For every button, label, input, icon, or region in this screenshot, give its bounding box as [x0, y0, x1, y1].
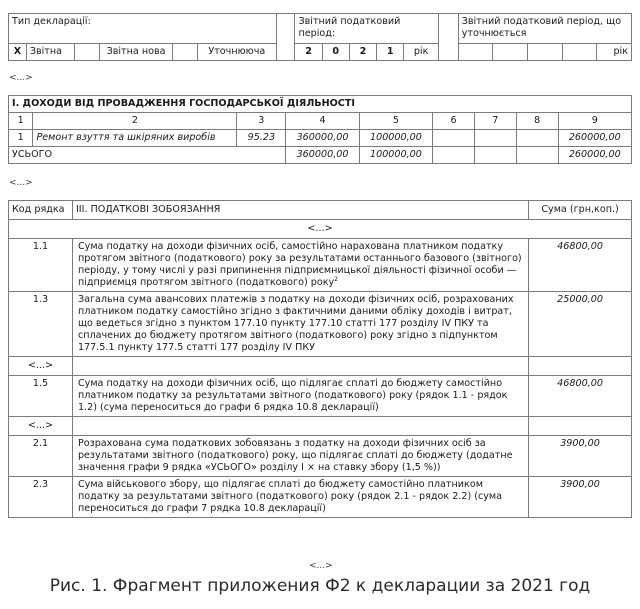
- column-number: 2: [33, 113, 237, 130]
- income-table: І. ДОХОДИ ВІД ПРОВАДЖЕННЯ ГОСПОДАРСЬКОЇ …: [8, 95, 632, 164]
- type-option-reporting: Звітна: [26, 44, 75, 61]
- row-number: 1: [9, 130, 33, 147]
- corrected-period-label: Звітний податковий період, що уточнюєтьс…: [458, 14, 631, 44]
- total-row: УСЬОГО 360000,00 100000,00 260000,00: [9, 147, 632, 164]
- declaration-type-label: Тип декларації:: [9, 14, 277, 44]
- empty-cell: [72, 417, 528, 436]
- col8-value: [516, 130, 558, 147]
- table-row: 2.1 Розрахована сума податкових зобовяза…: [9, 436, 632, 477]
- expense-value: 100000,00: [359, 130, 432, 147]
- row-text: Сума податку на доходи фізичних осіб, са…: [78, 241, 522, 288]
- row-sum: 3900,00: [529, 436, 632, 477]
- ellipsis-row: <...>: [9, 357, 632, 376]
- column-number: 5: [359, 113, 432, 130]
- row-code: 1.5: [9, 376, 73, 417]
- column-number: 9: [558, 113, 631, 130]
- corrected-period-digit[interactable]: [527, 44, 562, 61]
- column-number: 6: [433, 113, 475, 130]
- corrected-period-suffix: рік: [597, 44, 632, 61]
- table-row: 1.5 Сума податку на доходи фізичних осіб…: [9, 376, 632, 417]
- col-header-title: ІІІ. ПОДАТКОВІ ЗОБОЯЗАННЯ: [72, 201, 528, 220]
- ellipsis: <...>: [9, 417, 73, 436]
- col-header-sum: Сума (грн,коп.): [529, 201, 632, 220]
- type-checkbox-reporting[interactable]: X: [9, 44, 27, 61]
- row-sum: 46800,00: [529, 376, 632, 417]
- total-expense: 100000,00: [359, 147, 432, 164]
- period-digit[interactable]: 2: [349, 44, 376, 61]
- row-description: Розрахована сума податкових зобовязань з…: [72, 436, 528, 477]
- type-option-new-reporting: Звітна нова: [100, 44, 173, 61]
- total-col8: [516, 147, 558, 164]
- activity-name: Ремонт взуття та шкіряних виробів: [33, 130, 237, 147]
- period-digit[interactable]: 0: [322, 44, 349, 61]
- column-numbers-row: 1 2 3 4 5 6 7 8 9: [9, 113, 632, 130]
- column-number: 3: [237, 113, 286, 130]
- total-col6: [433, 147, 475, 164]
- col7-value: [474, 130, 516, 147]
- empty-cell: [529, 417, 632, 436]
- row-description: Сума податку на доходи фізичних осіб, са…: [72, 239, 528, 292]
- declaration-header-table: Тип декларації: Звітний податковий періо…: [8, 13, 632, 61]
- period-digit[interactable]: 2: [295, 44, 322, 61]
- row-sum: 3900,00: [529, 477, 632, 518]
- income-value: 360000,00: [286, 130, 359, 147]
- empty-cell: [529, 357, 632, 376]
- column-number: 8: [516, 113, 558, 130]
- type-checkbox-new-reporting[interactable]: [75, 44, 100, 61]
- total-col7: [474, 147, 516, 164]
- ellipsis: <...>: [309, 561, 333, 571]
- total-income: 360000,00: [286, 147, 359, 164]
- table-row: 1.3 Загальна сума авансових платежів з п…: [9, 292, 632, 357]
- spacer-cell: [276, 14, 295, 61]
- row-sum: 25000,00: [529, 292, 632, 357]
- row-description: Сума військового збору, що підлягає спла…: [72, 477, 528, 518]
- column-number: 7: [474, 113, 516, 130]
- row-description: Загальна сума авансових платежів з подат…: [72, 292, 528, 357]
- type-checkbox-clarifying[interactable]: [173, 44, 198, 61]
- row-code: 2.1: [9, 436, 73, 477]
- ellipsis: <...>: [9, 357, 73, 376]
- row-description: Сума податку на доходи фізичних осіб, що…: [72, 376, 528, 417]
- spacer-cell: [438, 14, 458, 61]
- row-code: 1.1: [9, 239, 73, 292]
- col6-value: [433, 130, 475, 147]
- table-row: 1.1 Сума податку на доходи фізичних осіб…: [9, 239, 632, 292]
- ellipsis-row: <...>: [9, 220, 632, 239]
- section1-title: І. ДОХОДИ ВІД ПРОВАДЖЕННЯ ГОСПОДАРСЬКОЇ …: [9, 96, 632, 113]
- table-row: 2.3 Сума військового збору, що підлягає …: [9, 477, 632, 518]
- empty-cell: [72, 357, 528, 376]
- total-net-income: 260000,00: [558, 147, 631, 164]
- col-header-code: Код рядка: [9, 201, 73, 220]
- activity-code: 95.23: [237, 130, 286, 147]
- row-sum: 46800,00: [529, 239, 632, 292]
- table-row: 1 Ремонт взуття та шкіряних виробів 95.2…: [9, 130, 632, 147]
- tax-obligations-table: Код рядка ІІІ. ПОДАТКОВІ ЗОБОЯЗАННЯ Сума…: [8, 200, 632, 518]
- corrected-period-digit[interactable]: [458, 44, 493, 61]
- corrected-period-digit[interactable]: [493, 44, 528, 61]
- period-suffix: рік: [404, 44, 439, 61]
- row-code: 1.3: [9, 292, 73, 357]
- period-label: Звітний податковий період:: [295, 14, 438, 44]
- type-option-clarifying: Уточнююча: [197, 44, 276, 61]
- corrected-period-digit[interactable]: [562, 44, 597, 61]
- ellipsis: <...>: [9, 178, 33, 188]
- footnote-marker: 2: [334, 276, 338, 283]
- column-number: 1: [9, 113, 33, 130]
- net-income-value: 260000,00: [558, 130, 631, 147]
- ellipsis: <...>: [9, 73, 33, 83]
- column-number: 4: [286, 113, 359, 130]
- ellipsis-row: <...>: [9, 417, 632, 436]
- row-code: 2.3: [9, 477, 73, 518]
- figure-caption: Рис. 1. Фрагмент приложения Ф2 к деклара…: [0, 576, 640, 596]
- total-label: УСЬОГО: [9, 147, 286, 164]
- period-digit[interactable]: 1: [377, 44, 404, 61]
